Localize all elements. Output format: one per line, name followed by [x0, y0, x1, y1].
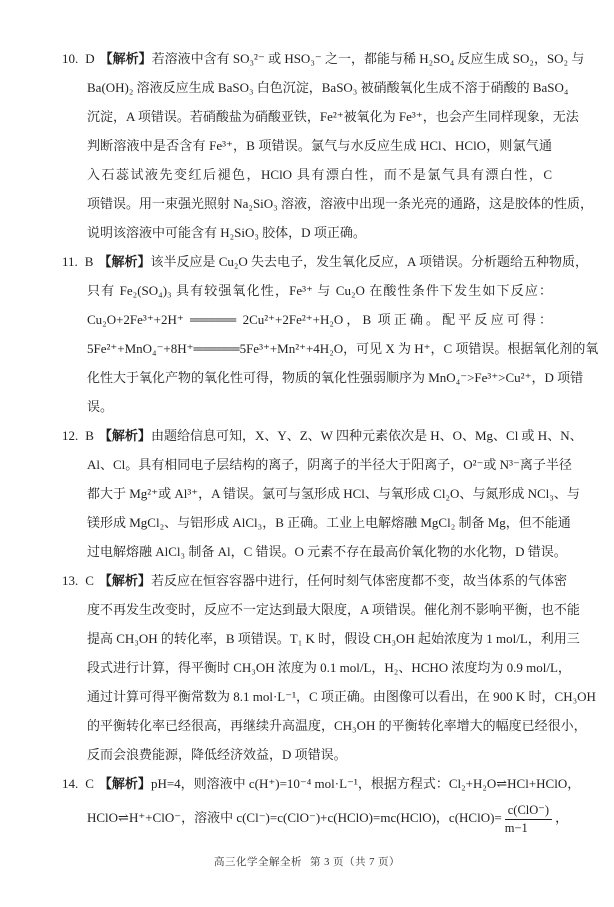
question-number: 10. — [62, 51, 78, 66]
analysis-tag: 【解析】 — [99, 776, 151, 791]
equation-text-end: ， — [555, 810, 568, 825]
chemical-equation: 5Fe²⁺+MnO₄⁻+8H⁺═════5Fe³⁺+Mn²⁺+4H₂O，可见 X… — [87, 334, 552, 363]
chemical-equation: Cu₂O+2Fe³⁺+2H⁺ ═════ 2Cu²⁺+2Fe²⁺+H₂O，B 项… — [87, 305, 552, 334]
text-line: 说明该溶液中可能含有 H₂SiO₃ 胶体，D 项正确。 — [87, 218, 552, 247]
text-line: 入石蕊试液先变红后褪色，HClO 具有漂白性，而不是氯气具有漂白性，C — [87, 160, 552, 189]
fraction-numerator: c(ClO⁻) — [505, 803, 552, 819]
analysis-text: 若反应在恒容容器中进行，任何时刻气体密度都不变，故当体系的气体密 — [151, 573, 567, 588]
chemical-equation: HClO⇌H⁺+ClO⁻，溶液中 c(Cl⁻)=c(ClO⁻)+c(HClO)=… — [87, 798, 552, 838]
text-line: 只有 Fe₂(SO₄)₃ 具有较强氧化性，Fe³⁺ 与 Cu₂O 在酸性条件下发… — [87, 276, 552, 305]
answer-letter: C — [85, 776, 94, 791]
text-line: 12.B【解析】由题给信息可知，X、Y、Z、W 四种元素依次是 H、O、Mg、C… — [87, 421, 552, 450]
text-line: 的平衡转化率已经很高，再继续升高温度，CH₃OH 的平衡转化率增大的幅度已经很小… — [87, 711, 552, 740]
text-line: 误。 — [87, 392, 552, 421]
text-line: Al、Cl。具有相同电子层结构的离子，阴离子的半径大于阳离子，O²⁻或 N³⁻离… — [87, 450, 552, 479]
text-line: 提高 CH₃OH 的转化率，B 项错误。T₁ K 时，假设 CH₃OH 起始浓度… — [87, 624, 552, 653]
text-line: 化性大于氧化产物的氧化性可得，物质的氧化性强弱顺序为 MnO₄⁻>Fe³⁺>Cu… — [87, 363, 552, 392]
text-line: 镁形成 MgCl₂、与铝形成 AlCl₃，B 正确。工业上电解熔融 MgCl₂ … — [87, 508, 552, 537]
answer-letter: D — [85, 51, 94, 66]
question-number: 13. — [62, 573, 78, 588]
analysis-text: 由题给信息可知，X、Y、Z、W 四种元素依次是 H、O、Mg、Cl 或 H、N、 — [151, 428, 583, 443]
answer-letter: B — [85, 428, 94, 443]
question-number: 11. — [62, 254, 78, 269]
text-line: 都大于 Mg²⁺或 Al³⁺，A 错误。氯可与氢形成 HCl、与氧形成 Cl₂O… — [87, 479, 552, 508]
text-line: Ba(OH)₂ 溶液反应生成 BaSO₃ 白色沉淀，BaSO₃ 被硝酸氧化生成不… — [87, 73, 552, 102]
text-line: 14.C【解析】pH=4，则溶液中 c(H⁺)=10⁻⁴ mol·L⁻¹，根据方… — [87, 769, 552, 798]
analysis-tag: 【解析】 — [99, 428, 151, 443]
text-line: 反而会浪费能源，降低经济效益，D 项错误。 — [87, 740, 552, 769]
analysis-tag: 【解析】 — [100, 51, 152, 66]
question-number: 14. — [62, 776, 78, 791]
footer-title: 高三化学全解全析 — [214, 857, 302, 868]
text-line: 13.C【解析】若反应在恒容容器中进行，任何时刻气体密度都不变，故当体系的气体密 — [87, 566, 552, 595]
document-page: 10.D【解析】若溶液中含有 SO₃²⁻ 或 HSO₃⁻ 之一，都能与稀 H₂S… — [0, 0, 614, 907]
question-13: 13.C【解析】若反应在恒容容器中进行，任何时刻气体密度都不变，故当体系的气体密… — [62, 566, 552, 769]
text-line: 项错误。用一束强光照射 Na₂SiO₃ 溶液，溶液中出现一条光亮的通路，这是胶体… — [87, 189, 552, 218]
analysis-tag: 【解析】 — [99, 573, 151, 588]
text-line: 10.D【解析】若溶液中含有 SO₃²⁻ 或 HSO₃⁻ 之一，都能与稀 H₂S… — [87, 44, 552, 73]
analysis-tag: 【解析】 — [98, 254, 150, 269]
analysis-text: pH=4，则溶液中 c(H⁺)=10⁻⁴ mol·L⁻¹，根据方程式：Cl₂+H… — [151, 776, 580, 791]
text-line: 11.B【解析】该半反应是 Cu₂O 失去电子，发生氧化反应，A 项错误。分析题… — [87, 247, 552, 276]
text-line: 沉淀，A 项错误。若硝酸盐为硝酸亚铁，Fe²⁺被氧化为 Fe³⁺，也会产生同样现… — [87, 102, 552, 131]
question-10: 10.D【解析】若溶液中含有 SO₃²⁻ 或 HSO₃⁻ 之一，都能与稀 H₂S… — [62, 44, 552, 247]
text-line: 判断溶液中是否含有 Fe³⁺，B 项错误。氯气与水反应生成 HCl、HClO，则… — [87, 131, 552, 160]
footer-page-indicator: 第 3 页（共 7 页） — [310, 857, 400, 868]
analysis-text: 若溶液中含有 SO₃²⁻ 或 HSO₃⁻ 之一，都能与稀 H₂SO₄ 反应生成 … — [152, 51, 585, 66]
text-line: 度不再发生改变时，反应不一定达到最大限度，A 项错误。催化剂不影响平衡，也不能 — [87, 595, 552, 624]
page-footer: 高三化学全解全析第 3 页（共 7 页） — [62, 854, 552, 869]
analysis-text: 该半反应是 Cu₂O 失去电子，发生氧化反应，A 项错误。分析题给五种物质， — [150, 254, 588, 269]
text-line: 段式进行计算，得平衡时 CH₃OH 浓度为 0.1 mol/L，H₂、HCHO … — [87, 653, 552, 682]
answer-letter: B — [85, 254, 94, 269]
fraction: c(ClO⁻)m−1 — [505, 803, 552, 835]
answer-letter: C — [85, 573, 94, 588]
question-11: 11.B【解析】该半反应是 Cu₂O 失去电子，发生氧化反应，A 项错误。分析题… — [62, 247, 552, 421]
question-number: 12. — [62, 428, 78, 443]
fraction-denominator: m−1 — [505, 820, 552, 835]
question-14: 14.C【解析】pH=4，则溶液中 c(H⁺)=10⁻⁴ mol·L⁻¹，根据方… — [62, 769, 552, 838]
equation-text: HClO⇌H⁺+ClO⁻，溶液中 c(Cl⁻)=c(ClO⁻)+c(HClO)=… — [87, 810, 502, 825]
question-12: 12.B【解析】由题给信息可知，X、Y、Z、W 四种元素依次是 H、O、Mg、C… — [62, 421, 552, 566]
text-line: 过电解熔融 AlCl₃ 制备 Al，C 错误。O 元素不存在最高价氧化物的水化物… — [87, 537, 552, 566]
text-line: 通过计算可得平衡常数为 8.1 mol·L⁻¹，C 项正确。由图像可以看出，在 … — [87, 682, 552, 711]
